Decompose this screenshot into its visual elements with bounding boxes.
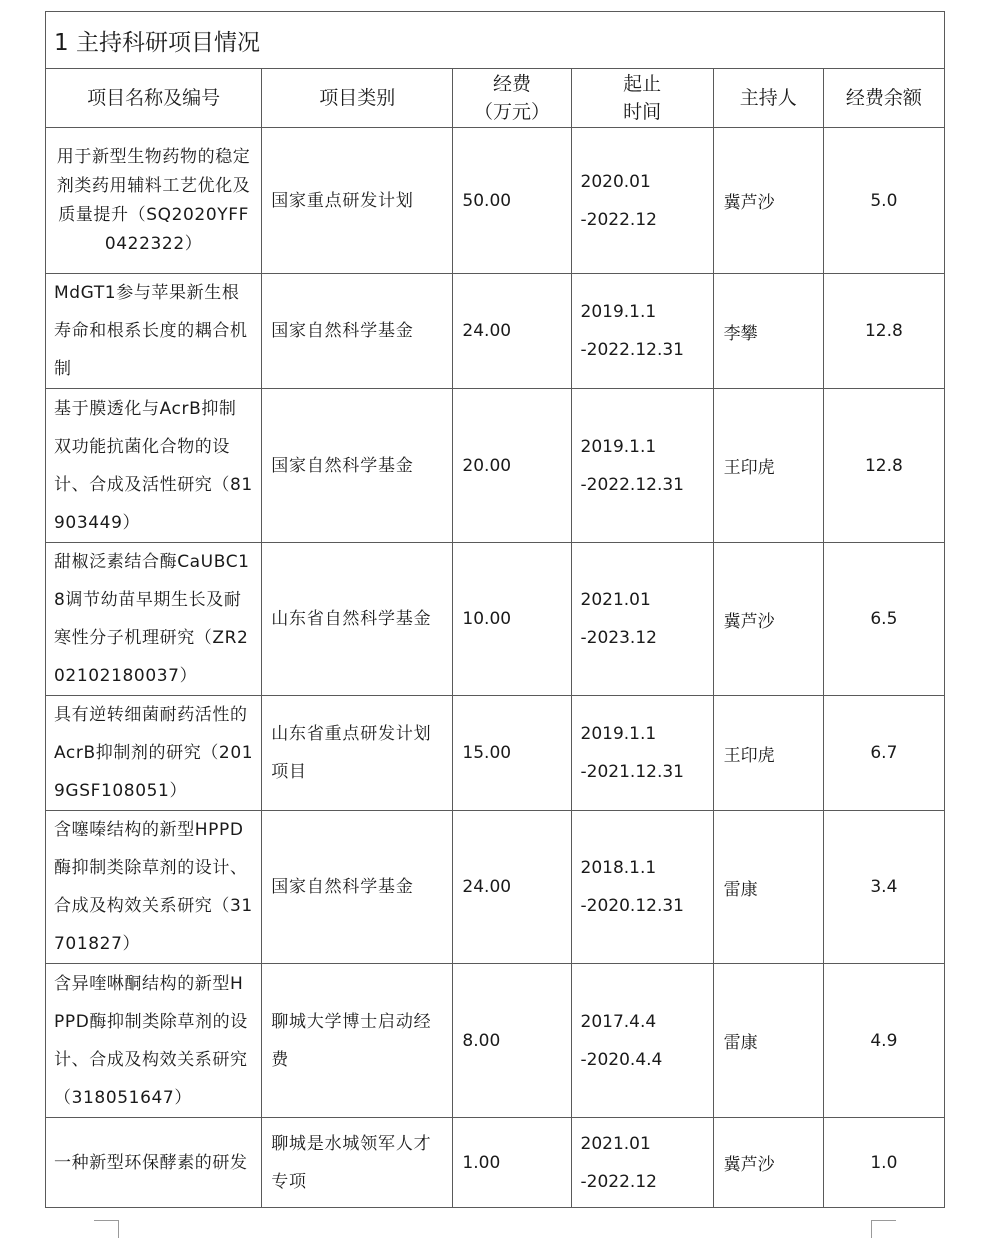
project-type: 山东省重点研发计划项目	[262, 696, 453, 811]
section-title: 1 主持科研项目情况	[46, 12, 945, 69]
project-funding: 15.00	[453, 696, 571, 811]
project-balance: 3.4	[823, 811, 944, 964]
table-header-row: 项目名称及编号 项目类别 经费 （万元） 起止 时间 主持人 经费余额	[46, 69, 945, 128]
project-type: 山东省自然科学基金	[262, 543, 453, 696]
period-start: 2018.1.1	[581, 849, 713, 887]
project-pi: 王印虎	[713, 696, 823, 811]
project-funding: 50.00	[453, 128, 571, 274]
project-type: 聊城是水城领军人才专项	[262, 1118, 453, 1208]
period-end: -2020.4.4	[581, 1041, 713, 1079]
period-end: -2023.12	[581, 619, 713, 657]
project-type: 国家重点研发计划	[262, 128, 453, 274]
page-corner-mark-right	[871, 1220, 896, 1238]
project-name: 基于膜透化与AcrB抑制双功能抗菌化合物的设计、合成及活性研究（81903449…	[46, 389, 262, 543]
period-start: 2021.01	[581, 581, 713, 619]
table-row: 用于新型生物药物的稳定剂类药用辅料工艺优化及质量提升（SQ2020YFF0422…	[46, 128, 945, 274]
period-start: 2021.01	[581, 1125, 713, 1163]
project-pi: 雷康	[713, 964, 823, 1118]
page-corner-mark-left	[94, 1220, 119, 1238]
project-period: 2019.1.1 -2022.12.31	[571, 389, 713, 543]
project-name: 含噻嗪结构的新型HPPD酶抑制类除草剂的设计、合成及构效关系研究（3170182…	[46, 811, 262, 964]
header-project-name: 项目名称及编号	[46, 69, 262, 128]
period-end: -2022.12	[581, 1163, 713, 1201]
project-period: 2017.4.4 -2020.4.4	[571, 964, 713, 1118]
project-funding: 8.00	[453, 964, 571, 1118]
project-type: 国家自然科学基金	[262, 811, 453, 964]
header-balance: 经费余额	[823, 69, 944, 128]
table-row: 基于膜透化与AcrB抑制双功能抗菌化合物的设计、合成及活性研究（81903449…	[46, 389, 945, 543]
project-balance: 12.8	[823, 274, 944, 389]
project-type: 聊城大学博士启动经费	[262, 964, 453, 1118]
project-balance: 1.0	[823, 1118, 944, 1208]
period-end: -2022.12	[581, 201, 713, 239]
table-row: 具有逆转细菌耐药活性的AcrB抑制剂的研究（2019GSF108051） 山东省…	[46, 696, 945, 811]
project-pi: 王印虎	[713, 389, 823, 543]
header-period-line1: 起止	[572, 70, 713, 98]
header-funding-line2: （万元）	[453, 98, 570, 126]
project-pi: 雷康	[713, 811, 823, 964]
period-end: -2022.12.31	[581, 466, 713, 504]
project-period: 2019.1.1 -2022.12.31	[571, 274, 713, 389]
table-row: 甜椒泛素结合酶CaUBC18调节幼苗早期生长及耐寒性分子机理研究（ZR20210…	[46, 543, 945, 696]
period-start: 2017.4.4	[581, 1003, 713, 1041]
project-balance: 4.9	[823, 964, 944, 1118]
project-pi: 冀芦沙	[713, 128, 823, 274]
section-title-row: 1 主持科研项目情况	[46, 12, 945, 69]
project-name: 用于新型生物药物的稳定剂类药用辅料工艺优化及质量提升（SQ2020YFF0422…	[46, 128, 262, 274]
project-name: 一种新型环保酵素的研发	[46, 1118, 262, 1208]
project-funding: 20.00	[453, 389, 571, 543]
project-period: 2020.01 -2022.12	[571, 128, 713, 274]
project-pi: 冀芦沙	[713, 543, 823, 696]
project-name: 具有逆转细菌耐药活性的AcrB抑制剂的研究（2019GSF108051）	[46, 696, 262, 811]
period-start: 2020.01	[581, 163, 713, 201]
project-balance: 6.5	[823, 543, 944, 696]
project-balance: 5.0	[823, 128, 944, 274]
project-funding: 1.00	[453, 1118, 571, 1208]
project-name: 含异喹啉酮结构的新型HPPD酶抑制类除草剂的设计、合成及构效关系研究（31805…	[46, 964, 262, 1118]
project-period: 2021.01 -2023.12	[571, 543, 713, 696]
table-row: 含噻嗪结构的新型HPPD酶抑制类除草剂的设计、合成及构效关系研究（3170182…	[46, 811, 945, 964]
header-project-type: 项目类别	[262, 69, 453, 128]
table-row: 一种新型环保酵素的研发 聊城是水城领军人才专项 1.00 2021.01 -20…	[46, 1118, 945, 1208]
period-end: -2021.12.31	[581, 753, 713, 791]
research-projects-table: 1 主持科研项目情况 项目名称及编号 项目类别 经费 （万元） 起止 时间 主持…	[45, 11, 945, 1208]
period-end: -2022.12.31	[581, 331, 713, 369]
project-funding: 10.00	[453, 543, 571, 696]
project-period: 2021.01 -2022.12	[571, 1118, 713, 1208]
project-balance: 6.7	[823, 696, 944, 811]
project-name: MdGT1参与苹果新生根寿命和根系长度的耦合机制	[46, 274, 262, 389]
project-type: 国家自然科学基金	[262, 274, 453, 389]
period-end: -2020.12.31	[581, 887, 713, 925]
header-pi: 主持人	[713, 69, 823, 128]
table-row: 含异喹啉酮结构的新型HPPD酶抑制类除草剂的设计、合成及构效关系研究（31805…	[46, 964, 945, 1118]
period-start: 2019.1.1	[581, 293, 713, 331]
project-name: 甜椒泛素结合酶CaUBC18调节幼苗早期生长及耐寒性分子机理研究（ZR20210…	[46, 543, 262, 696]
header-funding-line1: 经费	[453, 70, 570, 98]
project-type: 国家自然科学基金	[262, 389, 453, 543]
header-period: 起止 时间	[571, 69, 713, 128]
period-start: 2019.1.1	[581, 715, 713, 753]
table-row: MdGT1参与苹果新生根寿命和根系长度的耦合机制 国家自然科学基金 24.00 …	[46, 274, 945, 389]
header-period-line2: 时间	[572, 98, 713, 126]
project-funding: 24.00	[453, 274, 571, 389]
project-period: 2018.1.1 -2020.12.31	[571, 811, 713, 964]
header-funding: 经费 （万元）	[453, 69, 571, 128]
project-pi: 李攀	[713, 274, 823, 389]
project-pi: 冀芦沙	[713, 1118, 823, 1208]
project-period: 2019.1.1 -2021.12.31	[571, 696, 713, 811]
project-balance: 12.8	[823, 389, 944, 543]
project-funding: 24.00	[453, 811, 571, 964]
period-start: 2019.1.1	[581, 428, 713, 466]
